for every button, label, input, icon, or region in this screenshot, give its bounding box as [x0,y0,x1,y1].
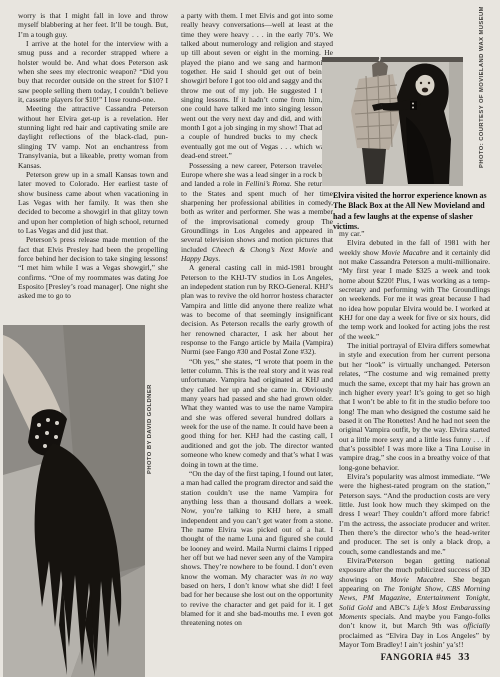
elvira-wax-museum-photo-art [322,57,463,186]
article-paragraph: Elvira’s popularity was almost immediate… [339,472,490,556]
article-column-1: worry is that I might fall in love and t… [18,11,168,327]
article-paragraph: Elvira/Peterson began getting national e… [339,556,490,649]
article-column-3: my car.”Elvira debuted in the fall of 19… [339,229,490,649]
article-paragraph: “On the day of the first taping, I found… [181,469,333,628]
article-paragraph: Elvira debuted in the fall of 1981 with … [339,238,490,341]
article-paragraph: Meeting the attractive Cassandra Peterso… [18,104,168,169]
elvira-fringe-arm-photo [3,325,145,677]
photo-caption: Elvira visited the horror experience kno… [333,191,491,232]
page-number: 33 [458,652,470,663]
article-paragraph: Possessing a new career, Peterson travel… [181,161,333,264]
article-paragraph: a party with them. I met Elvis and got i… [181,11,333,161]
magazine-title: FANGORIA [381,652,434,662]
elvira-fringe-arm-photo-art [3,325,145,677]
article-paragraph: Peterson grew up in a small Kansas town … [18,170,168,235]
magazine-page: worry is that I might fall in love and t… [0,0,500,677]
article-paragraph: I arrive at the hotel for the interview … [18,39,168,104]
photo-credit-left: PHOTO BY DAVID GOLDNER [147,392,153,474]
article-paragraph: worry is that I might fall in love and t… [18,11,168,39]
article-paragraph: “Oh yes,” she states, “I wrote that poem… [181,357,333,469]
article-paragraph: A general casting call in mid-1981 broug… [181,263,333,356]
article-paragraph: The initial portrayal of Elvira differs … [339,341,490,472]
article-paragraph: Peterson’s press release made mention of… [18,235,168,300]
issue-number: #45 [436,652,451,662]
photo-credit-right: PHOTO: COURTESY OF MOVIELAND WAX MUSEUM [479,18,485,168]
article-column-2: a party with them. I met Elvis and got i… [181,11,333,663]
elvira-wax-museum-photo [322,57,463,186]
page-footer: FANGORIA #45 33 [381,652,470,663]
